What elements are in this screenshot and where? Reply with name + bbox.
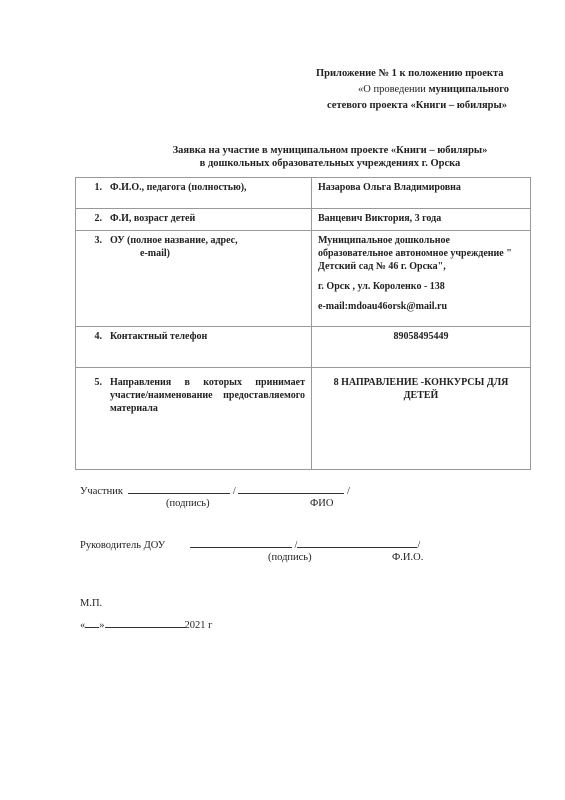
- row-label: Контактный телефон: [110, 331, 207, 342]
- table-row: 5.Направления в которых принимает участи…: [76, 368, 531, 470]
- row-value: 8 НАПРАВЛЕНИЕ -КОНКУРСЫ ДЛЯ ДЕТЕЙ: [312, 368, 531, 470]
- row-label: Ф.И.О., педагога (полностью),: [110, 182, 247, 193]
- document-title: Заявка на участие в муниципальном проект…: [100, 144, 560, 170]
- head-signature-row: Руководитель ДОУ //: [80, 538, 420, 551]
- month-line[interactable]: [105, 618, 185, 628]
- head-fio-caption: Ф.И.О.: [392, 552, 423, 563]
- row-value: Назарова Ольга Владимировна: [312, 178, 531, 209]
- header-line-3: сетевого проекта «Книги – юбиляры»: [327, 98, 507, 114]
- signature-line[interactable]: [128, 484, 230, 494]
- fio-line[interactable]: [238, 484, 344, 494]
- fio-caption: ФИО: [310, 498, 333, 509]
- row-value: Муниципальное дошкольное образовательное…: [312, 231, 531, 327]
- table-row: 3.ОУ (полное название, адрес,e-mail) Мун…: [76, 231, 531, 327]
- date-row: «»2021 г: [80, 618, 212, 631]
- row-value: Ванцевич Виктория, 3 года: [312, 209, 531, 231]
- row-label: ОУ (полное название, адрес,: [110, 235, 238, 246]
- head-signature-line[interactable]: [190, 538, 292, 548]
- header-line-2: «О проведении муниципального: [358, 82, 509, 98]
- head-signature-caption: (подпись): [268, 552, 312, 563]
- application-table: 1.Ф.И.О., педагога (полностью), Назарова…: [75, 177, 531, 470]
- row-label: Ф.И, возраст детей: [110, 213, 195, 224]
- header-line-1: Приложение № 1 к положению проекта: [316, 66, 504, 82]
- title-line-2: в дошкольных образовательных учреждениях…: [100, 157, 560, 170]
- participant-signature-row: Участник / /: [80, 484, 350, 497]
- row-value: 89058495449: [312, 327, 531, 368]
- table-row: 4.Контактный телефон 89058495449: [76, 327, 531, 368]
- signature-caption: (подпись): [166, 498, 210, 509]
- table-row: 2.Ф.И, возраст детей Ванцевич Виктория, …: [76, 209, 531, 231]
- row-label-2: e-mail): [82, 248, 170, 259]
- table-row: 1.Ф.И.О., педагога (полностью), Назарова…: [76, 178, 531, 209]
- row-label: Направления в которых принимает участие/…: [110, 376, 305, 415]
- day-line[interactable]: [85, 618, 99, 628]
- head-fio-line[interactable]: [297, 538, 417, 548]
- stamp-label: М.П.: [80, 598, 102, 609]
- title-line-1: Заявка на участие в муниципальном проект…: [100, 144, 560, 157]
